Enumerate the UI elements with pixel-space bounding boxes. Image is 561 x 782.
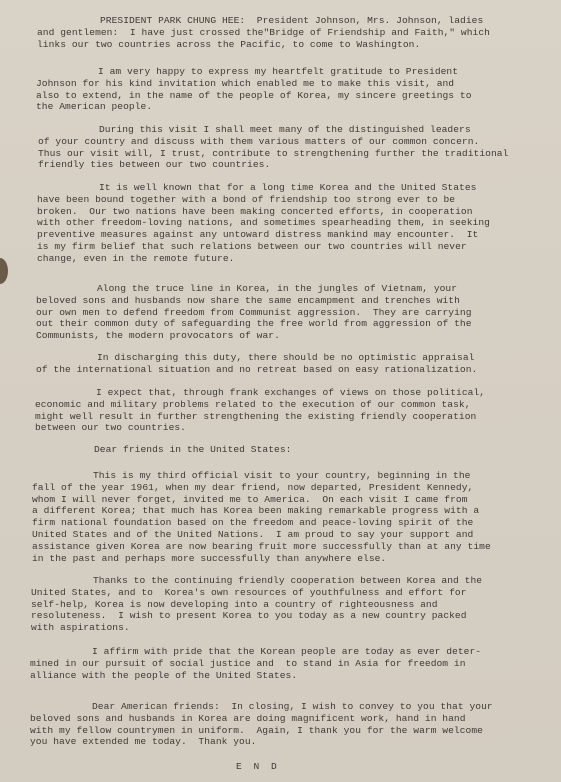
text-line: firm national foundation based on the fr… [32,517,473,529]
text-line: beloved sons and husbands in Korea are d… [30,713,466,725]
text-line: out their common duty of safeguarding th… [36,318,472,330]
text-line: I am very happy to express my heartfelt … [98,66,458,78]
text-line: This is my third official visit to your … [93,470,470,482]
text-line: preventive measures against any untoward… [37,229,478,241]
text-line: the American people. [36,101,152,113]
text-line: of your country and discuss with them va… [38,136,479,148]
text-line: Johnson for his kind invitation which en… [36,78,454,90]
text-line: United States and of the United Nations.… [32,529,473,541]
text-line: is my firm belief that such relations be… [37,241,467,253]
text-line: assistance given Korea are now bearing f… [32,541,491,553]
text-line: between our two countries. [35,422,186,434]
text-line: might well result in further strengtheni… [35,411,476,423]
text-line: a different Korea; that much has Korea b… [32,505,479,517]
text-line: change, even in the remote future. [37,253,234,265]
end-mark: E N D [236,761,280,772]
text-line: broken. Our two nations have been making… [37,206,473,218]
text-line: also to extend, in the name of the peopl… [36,90,472,102]
text-line: and gentlemen: I have just crossed the"B… [37,27,490,39]
text-line: It is well known that for a long time Ko… [99,182,476,194]
text-line: links our two countries across the Pacif… [37,39,420,51]
text-line: Dear American friends: In closing, I wis… [92,701,493,713]
text-line: economic and military problems related t… [35,399,471,411]
scanned-page: PRESIDENT PARK CHUNG HEE: President John… [0,0,561,782]
text-line: with aspirations. [31,622,130,634]
text-line: of the international situation and no re… [36,364,477,376]
text-line: beloved sons and husbands now share the … [36,295,460,307]
text-line: Thus our visit will, I trust, contribute… [38,148,508,160]
text-line: have been bound together with a bond of … [37,194,455,206]
text-line: friendly ties between our two countries. [38,159,270,171]
text-line: mined in our pursuit of social justice a… [30,658,466,670]
text-line: During this visit I shall meet many of t… [99,124,471,136]
binder-hole [0,258,8,284]
text-line: Along the truce line in Korea, in the ju… [97,283,457,295]
text-line: PRESIDENT PARK CHUNG HEE: President John… [100,15,483,27]
text-line: resoluteness. I wish to present Korea to… [31,610,467,622]
text-line: fall of the year 1961, when my dear frie… [32,482,473,494]
text-line: Communists, the modern provocators of wa… [36,330,280,342]
text-line: with other freedom-loving nations, and s… [37,217,490,229]
text-line: I expect that, through frank exchanges o… [96,387,485,399]
text-line: self-help, Korea is now developing into … [31,599,438,611]
text-line: Dear friends in the United States: [94,444,291,456]
text-line: with my fellow countrymen in uniform. Ag… [30,725,483,737]
text-line: alliance with the people of the United S… [30,670,297,682]
text-line: In discharging this duty, there should b… [97,352,474,364]
text-line: whom I will never forget, invited me to … [32,494,468,506]
text-line: our own men to defend freedom from Commu… [36,307,472,319]
text-line: Thanks to the continuing friendly cooper… [93,575,482,587]
text-line: you have extended me today. Thank you. [30,736,256,748]
text-line: in the past and perhaps more successfull… [32,553,386,565]
text-line: I affirm with pride that the Korean peop… [92,646,481,658]
text-line: United States, and to Korea's own resour… [31,587,467,599]
